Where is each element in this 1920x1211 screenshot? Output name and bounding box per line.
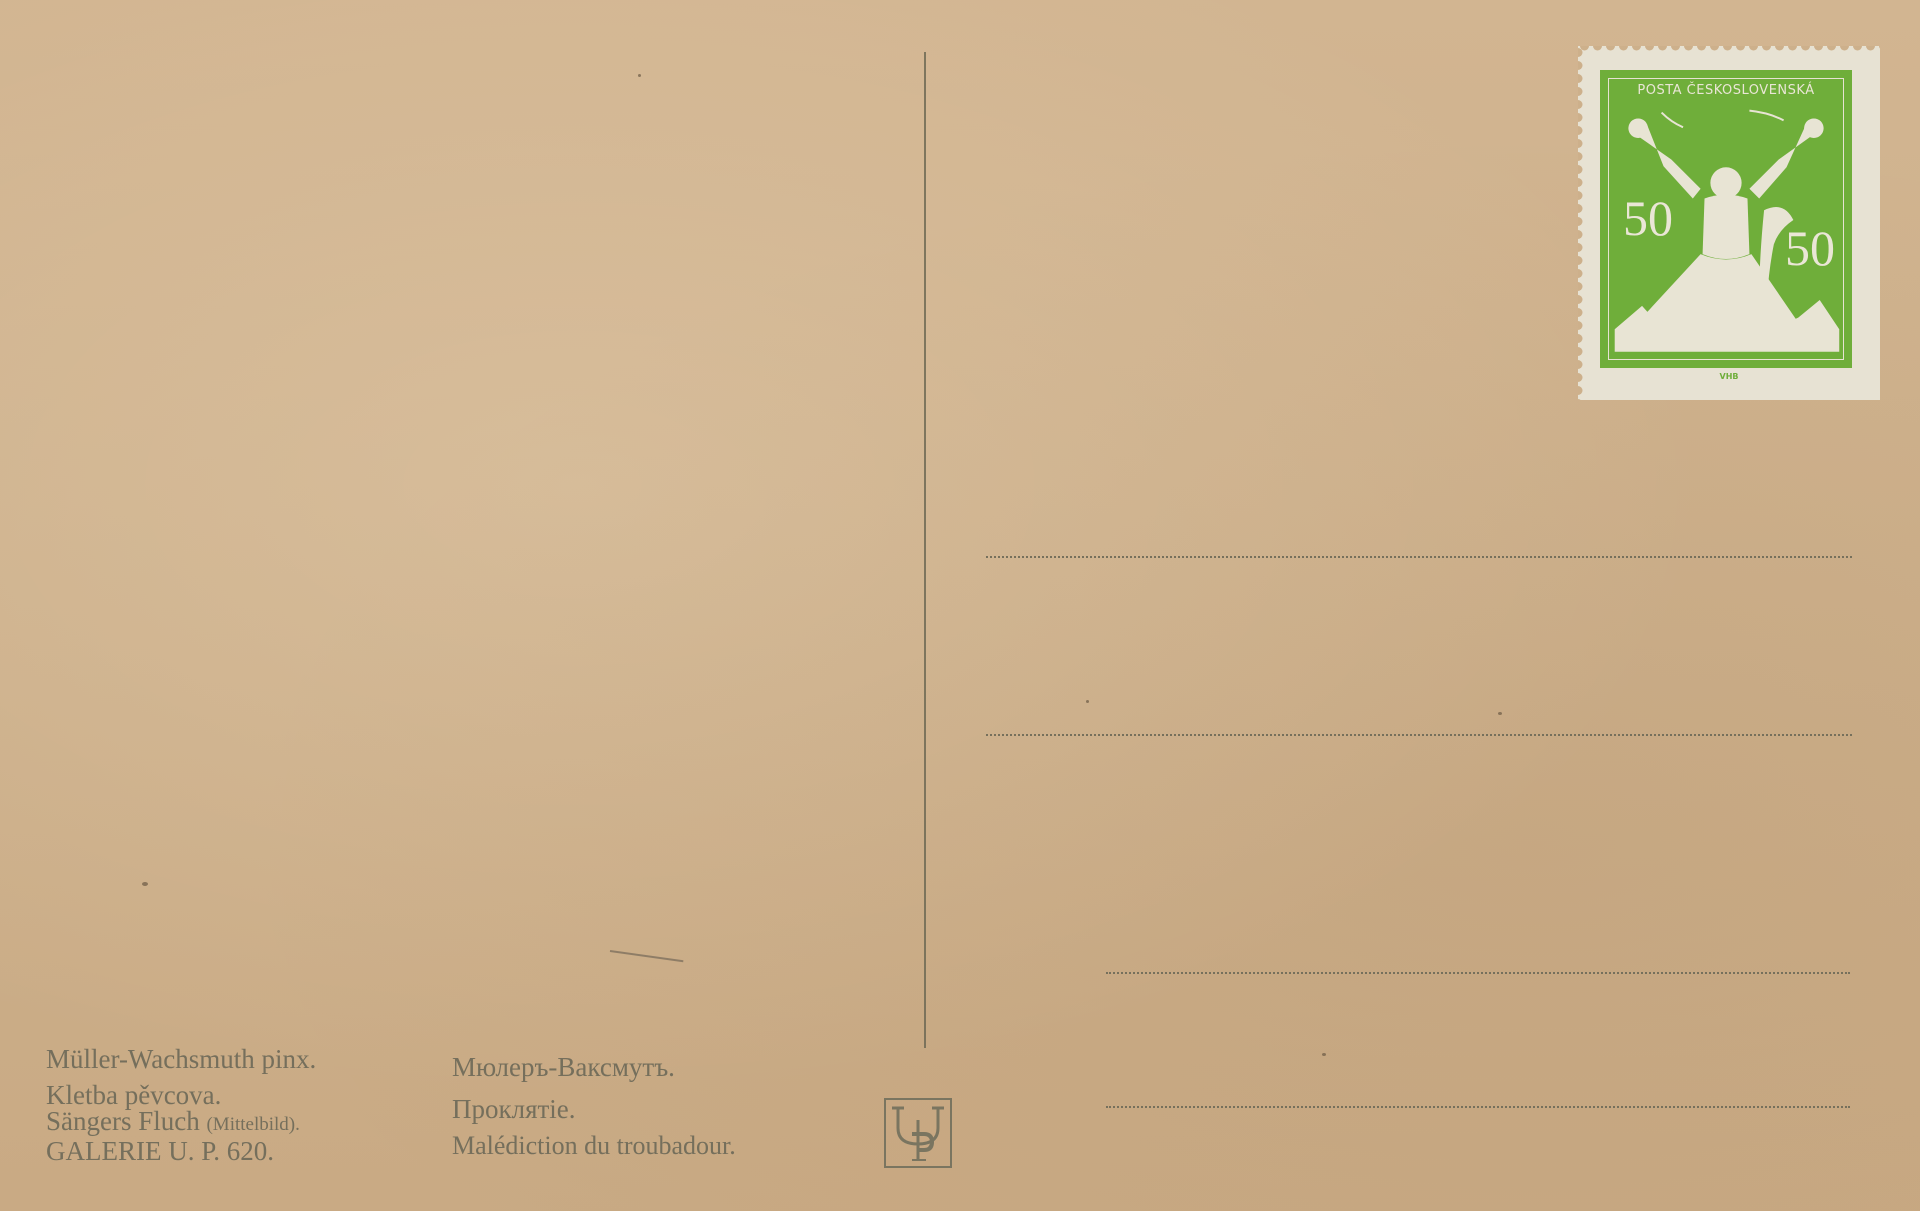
- postage-stamp: POSTA ČESKOSLOVENSKÁ 50 50 VHB: [1578, 46, 1880, 400]
- publisher-logo: [884, 1098, 952, 1168]
- caption-gallery-number: GALERIE U. P. 620.: [46, 1138, 274, 1165]
- paper-speck: [1498, 712, 1502, 715]
- caption-artist: Müller-Wachsmuth pinx.: [46, 1046, 316, 1073]
- stamp-designer-mark: VHB: [1578, 372, 1880, 381]
- paper-speck: [142, 882, 148, 886]
- paper-speck: [1322, 1053, 1326, 1056]
- caption-title-german-main: Sängers Fluch: [46, 1106, 200, 1136]
- caption-title-german: Sängers Fluch (Mittelbild).: [46, 1108, 300, 1138]
- paper-scratch: [610, 950, 684, 962]
- up-monogram-icon: [886, 1100, 950, 1166]
- address-line-4: [1106, 1106, 1850, 1108]
- address-line-3: [1106, 972, 1850, 974]
- caption-title-german-note: (Mittelbild).: [206, 1114, 299, 1135]
- address-line-2: [986, 734, 1852, 736]
- caption-artist-russian: Мюлеръ-Ваксмутъ.: [452, 1054, 675, 1081]
- stamp-value-right: 50: [1785, 223, 1835, 273]
- address-line-1: [986, 556, 1852, 558]
- paper-speck: [638, 74, 641, 77]
- center-divider-line: [924, 52, 926, 1048]
- caption-title-czech: Kletba pěvcova.: [46, 1082, 221, 1109]
- postcard-back: POSTA ČESKOSLOVENSKÁ 50 50 VHB Müller-Wa…: [0, 0, 1920, 1211]
- caption-title-french: Malédiction du troubadour.: [452, 1132, 736, 1159]
- paper-speck: [1086, 700, 1089, 703]
- caption-title-russian: Проклятіе.: [452, 1096, 576, 1123]
- stamp-value-left: 50: [1623, 193, 1673, 243]
- stamp-country-text: POSTA ČESKOSLOVENSKÁ: [1603, 83, 1849, 98]
- stamp-design: POSTA ČESKOSLOVENSKÁ 50 50: [1600, 70, 1852, 368]
